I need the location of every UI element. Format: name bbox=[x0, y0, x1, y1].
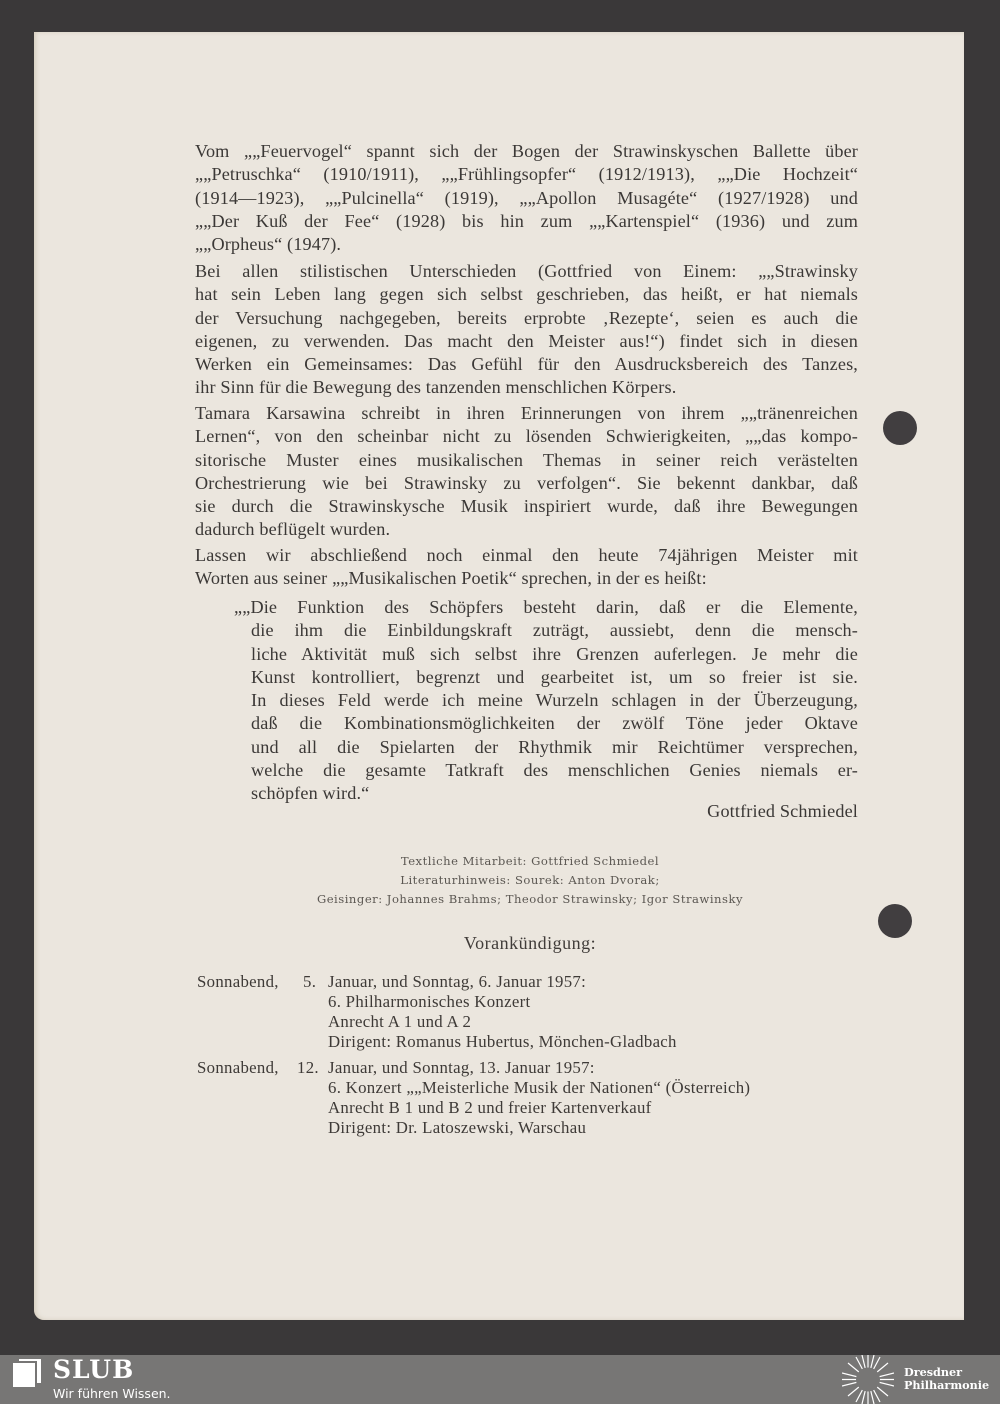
paragraph-ballets: Vom „„Feuervogel“ spannt sich der Bogen … bbox=[195, 140, 858, 256]
quote-line: liche Aktivität muß sich selbst ihre Gre… bbox=[251, 643, 858, 666]
event-date: Januar, und Sonntag, 13. Januar 1957: bbox=[328, 1058, 750, 1078]
text-line: Tamara Karsawina schreibt in ihren Erinn… bbox=[195, 402, 858, 425]
quote-line: In dieses Feld werde ich meine Wurzeln s… bbox=[251, 689, 858, 712]
block-quote: „„Die Funktion des Schöpfers besteht dar… bbox=[234, 596, 858, 806]
text-line: eigenen, zu verwenden. Das macht den Mei… bbox=[195, 330, 858, 353]
event-date-num: 12. bbox=[297, 1058, 319, 1078]
paragraph-karsawina: Tamara Karsawina schreibt in ihren Erinn… bbox=[195, 402, 858, 542]
dresdner-philharmonie-name[interactable]: Dresdner Philharmonie bbox=[904, 1366, 989, 1392]
text-line: „„Der Kuß der Fee“ (1928) bis hin zum „„… bbox=[195, 210, 858, 233]
text-line: Lernen“, von den scheinbar nicht zu löse… bbox=[195, 425, 858, 448]
event-day: Sonnabend, bbox=[197, 972, 279, 992]
announcement-title: Vorankündigung: bbox=[190, 933, 870, 954]
credit-line-literature-cont: Geisinger: Johannes Brahms; Theodor Stra… bbox=[200, 890, 860, 909]
text-line: Bei allen stilistischen Unterschieden (G… bbox=[195, 260, 858, 283]
text-line: Werken ein Gemeinsames: Das Gefühl für d… bbox=[195, 353, 858, 376]
quote-line: die ihm die Einbildungskraft zuträgt, au… bbox=[251, 619, 858, 642]
event-date-num: 5. bbox=[303, 972, 316, 992]
event-conductor: Dirigent: Dr. Latoszewski, Warschau bbox=[328, 1118, 750, 1138]
paragraph-style: Bei allen stilistischen Unterschieden (G… bbox=[195, 260, 858, 400]
paragraph-poetik-intro: Lassen wir abschließend noch einmal den … bbox=[195, 544, 858, 591]
credit-line-text: Textliche Mitarbeit: Gottfried Schmiedel bbox=[200, 852, 860, 871]
quote-line: welche die gesamte Tatkraft des menschli… bbox=[251, 759, 858, 782]
text-line: sitorische Muster eines musikalischen Th… bbox=[195, 449, 858, 472]
punch-hole-lower bbox=[878, 904, 912, 938]
text-line: Vom „„Feuervogel“ spannt sich der Bogen … bbox=[195, 140, 858, 163]
quote-line: „„Die Funktion des Schöpfers besteht dar… bbox=[234, 596, 858, 619]
slub-tagline: Wir führen Wissen. bbox=[53, 1386, 171, 1401]
dp-name-line2: Philharmonie bbox=[904, 1379, 989, 1392]
event-date: Januar, und Sonntag, 6. Januar 1957: bbox=[328, 972, 677, 992]
text-line: Lassen wir abschließend noch einmal den … bbox=[195, 544, 858, 567]
slub-book-icon bbox=[13, 1359, 41, 1389]
text-line: „„Petruschka“ (1910/1911), „„Frühlingsop… bbox=[195, 163, 858, 186]
text-line: hat sein Leben lang gegen sich selbst ge… bbox=[195, 283, 858, 306]
credits: Textliche Mitarbeit: Gottfried Schmiedel… bbox=[200, 852, 860, 909]
footer-bar: SLUB Wir führen Wissen. Dresd bbox=[0, 1355, 1000, 1404]
text-line: (1914—1923), „„Pulcinella“ (1919), „„Apo… bbox=[195, 187, 858, 210]
text-line: dadurch beflügelt wurden. bbox=[195, 518, 858, 541]
text-line: Orchestrierung wie bei Strawinsky zu ver… bbox=[195, 472, 858, 495]
text-line: „„Orpheus“ (1947). bbox=[195, 233, 858, 256]
credit-line-literature: Literaturhinweis: Sourek: Anton Dvorak; bbox=[200, 871, 860, 890]
quote-line: und all die Spielarten der Rhythmik mir … bbox=[251, 736, 858, 759]
event-subscription: Anrecht A 1 und A 2 bbox=[328, 1012, 677, 1032]
event-day: Sonnabend, bbox=[197, 1058, 279, 1078]
dresdner-philharmonie-sun-icon[interactable] bbox=[842, 1355, 894, 1404]
signature: Gottfried Schmiedel bbox=[600, 801, 858, 822]
event-title: 6. Philharmonisches Konzert bbox=[328, 992, 677, 1012]
quote-line: daß die Kombinationsmöglichkeiten der zw… bbox=[251, 712, 858, 735]
event-subscription: Anrecht B 1 und B 2 und freier Kartenver… bbox=[328, 1098, 750, 1118]
event-conductor: Dirigent: Romanus Hubertus, Mönchen-Glad… bbox=[328, 1032, 677, 1052]
text-line: sie durch die Strawinskysche Musik inspi… bbox=[195, 495, 858, 518]
text-line: der Versuchung nachgegeben, bereits erpr… bbox=[195, 307, 858, 330]
text-line: Worten aus seiner „„Musikalischen Poetik… bbox=[195, 567, 858, 590]
quote-line: Kunst kontrolliert, begrenzt und gearbei… bbox=[251, 666, 858, 689]
text-line: ihr Sinn für die Bewegung des tanzenden … bbox=[195, 376, 858, 399]
event-title: 6. Konzert „„Meisterliche Musik der Nati… bbox=[328, 1078, 750, 1098]
slub-name[interactable]: SLUB bbox=[53, 1355, 134, 1384]
punch-hole-upper bbox=[883, 411, 917, 445]
